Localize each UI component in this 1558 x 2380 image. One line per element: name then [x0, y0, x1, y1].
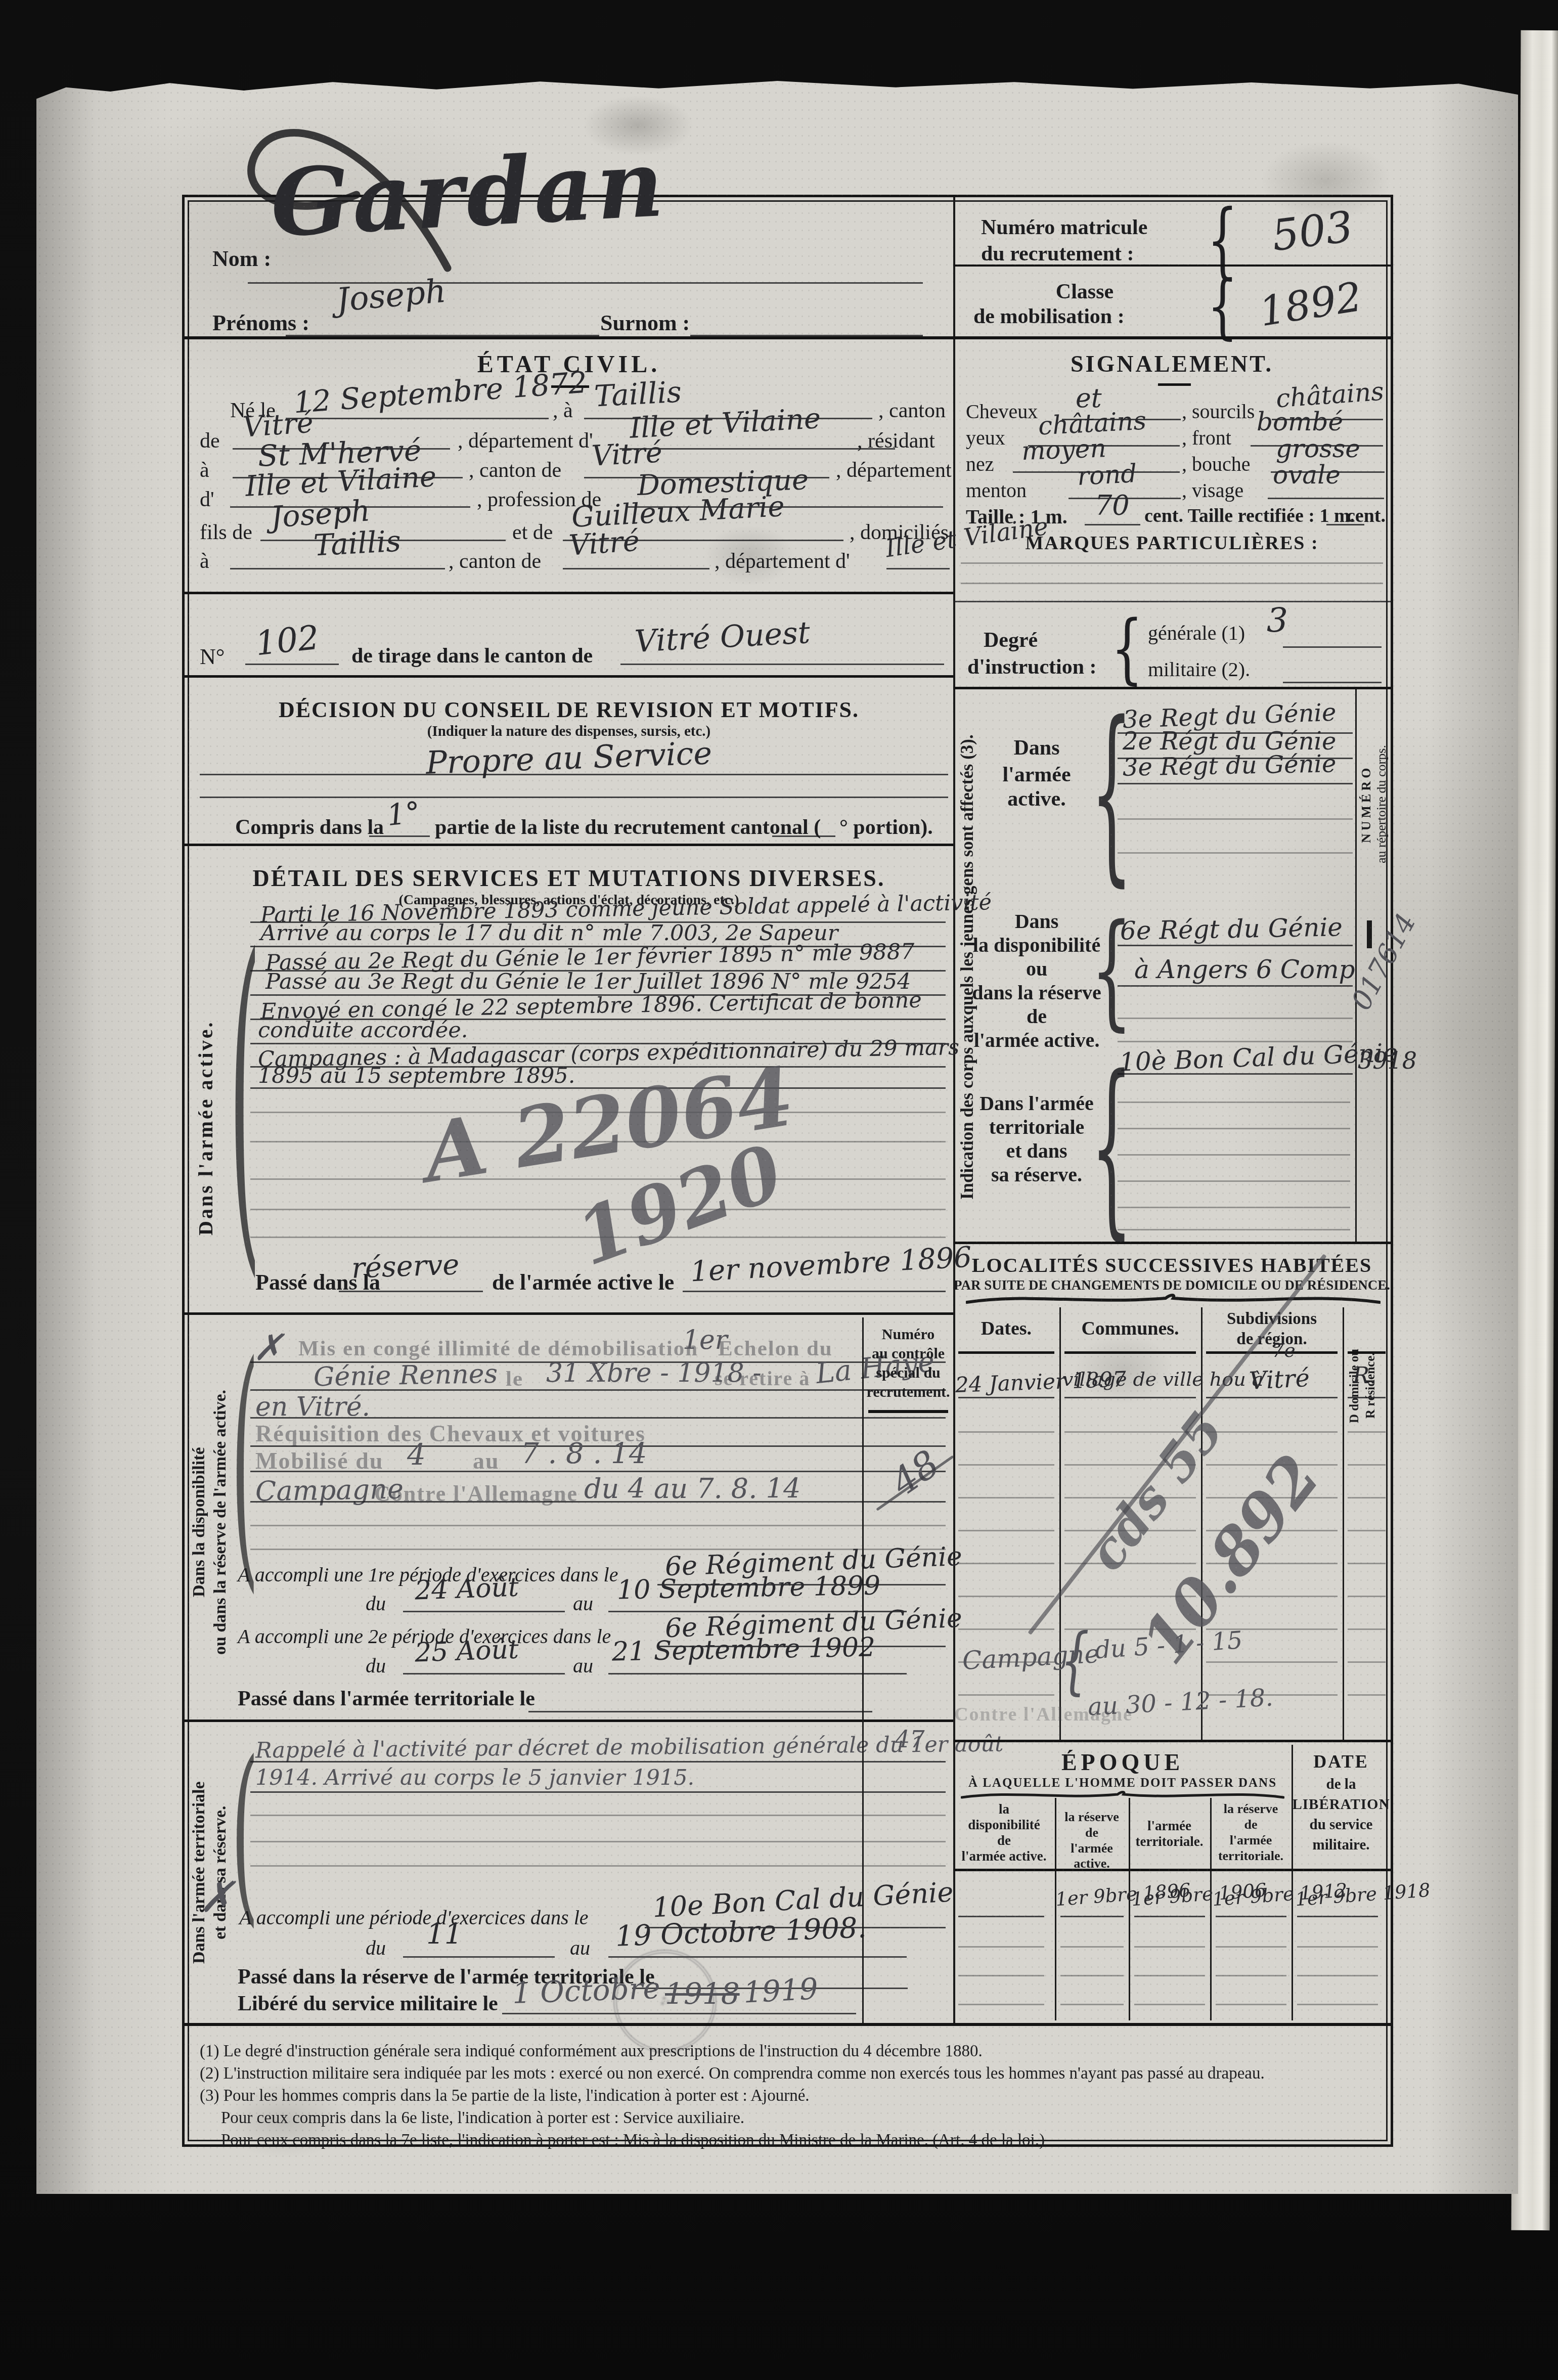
rule-line	[1348, 1563, 1386, 1564]
au-label: au	[573, 1654, 593, 1678]
mobilise-au-value: 7 . 8 . 14	[521, 1437, 647, 1470]
matricule-separator	[953, 265, 1391, 267]
rule-line	[1118, 1180, 1350, 1182]
underline	[528, 1711, 872, 1712]
terr-col-brace: {	[1091, 1051, 1133, 1242]
rule-line	[958, 1563, 1054, 1564]
nez-label: nez	[966, 452, 994, 476]
book-page-edge	[1511, 30, 1558, 2230]
compris-label-3: ° portion).	[839, 815, 933, 840]
epoque-col3-h: l'armée	[1210, 1833, 1292, 1848]
rule-line	[1134, 1946, 1205, 1948]
visage-value: ovale	[1273, 460, 1341, 490]
date-col-h: militaire.	[1292, 1837, 1391, 1854]
controle-rule	[868, 1410, 948, 1413]
epoque-col1-h: de	[1055, 1825, 1129, 1840]
rule-line	[1216, 2004, 1286, 2005]
date-col-h: du service	[1292, 1817, 1391, 1833]
tirage-label: de tirage dans le canton de	[351, 644, 593, 668]
compris-partie-value: 1°	[385, 795, 422, 833]
periode1-debut: 24 Août	[414, 1572, 519, 1606]
terr-col-label: sa réserve.	[966, 1163, 1107, 1186]
underline	[230, 568, 445, 569]
rule-line	[958, 1497, 1054, 1498]
matricule-value: 503	[1269, 202, 1356, 261]
numero-repertoire-label-2: au répertoire du corps.	[1374, 698, 1389, 910]
localites-subtitle: PAR SUITE DE CHANGEMENTS DE DOMICILE OU …	[953, 1277, 1391, 1293]
epoque-subtitle: À LAQUELLE L'HOMME DOIT PASSER DANS	[953, 1776, 1292, 1790]
rule-line	[1348, 1497, 1386, 1498]
campagne-brace: {	[1060, 1624, 1089, 1697]
underline	[1216, 1916, 1286, 1917]
underline	[339, 1291, 483, 1292]
section-rule	[185, 592, 953, 594]
signalement-title-rule	[1158, 383, 1191, 386]
rappele-line-1: Rappelé à l'activité par décret de mobil…	[255, 1732, 1004, 1764]
au-label: au	[573, 1592, 593, 1615]
loc-row-subdiv: Vitré	[1249, 1364, 1311, 1395]
dispo-entry-regiment: 6e Régt du Génie	[1120, 912, 1343, 946]
rule-line	[958, 1431, 1054, 1433]
rule-line	[958, 1694, 1054, 1696]
underline	[1060, 1916, 1124, 1917]
rule-line	[958, 1530, 1054, 1531]
underline	[1134, 1916, 1205, 1917]
rule-line	[250, 1178, 946, 1180]
tirage-number: 102	[253, 618, 321, 664]
underline	[1283, 682, 1382, 683]
rule-line	[1297, 1946, 1378, 1948]
rule-line	[1216, 1946, 1286, 1948]
underline	[245, 664, 339, 665]
active-label-2: l'armée active.	[973, 763, 1100, 811]
controle-col-divider	[862, 1317, 864, 2023]
underline	[1206, 1397, 1338, 1398]
cross-mark: ✗	[199, 1872, 234, 1922]
footnote-3: (3) Pour les hommes compris dans la 5e p…	[200, 2087, 1378, 2105]
section-rule	[185, 675, 953, 678]
au-label: au	[570, 1936, 590, 1960]
underline	[1268, 498, 1384, 499]
section-rule	[185, 1312, 953, 1315]
header-bottom-rule	[185, 336, 1391, 339]
compris-label-2: partie de la liste du recrutement canton…	[435, 815, 821, 840]
section-rule	[185, 1720, 953, 1722]
degre-label-2: d'instruction :	[967, 655, 1097, 679]
rule-line	[1118, 1207, 1350, 1208]
underline	[200, 774, 948, 775]
rule-line	[250, 1865, 946, 1867]
marques-label: MARQUES PARTICULIÈRES :	[953, 532, 1391, 554]
rappele-line-2: 1914. Arrivé au corps le 5 janvier 1915.	[255, 1765, 694, 1790]
underline	[1118, 985, 1353, 987]
underline	[683, 1291, 946, 1292]
decorative-wave	[961, 1789, 1284, 1800]
passe-reserve-value-1: réserve	[351, 1248, 460, 1285]
rule-line	[250, 1471, 946, 1472]
controle-label: au contrôle	[865, 1345, 952, 1362]
rule-line	[250, 1815, 946, 1816]
classe-value: 1892	[1256, 273, 1365, 336]
service-line: 1895 au 15 septembre 1895.	[258, 1063, 575, 1088]
passe-territoriale-label: Passé dans l'armée territoriale le	[238, 1687, 535, 1711]
services-title: DÉTAIL DES SERVICES ET MUTATIONS DIVERSE…	[185, 865, 953, 892]
a-label: à	[200, 549, 209, 574]
rule-line	[1060, 1946, 1124, 1948]
departement-label: , département	[836, 458, 952, 482]
rule-line	[958, 1628, 1054, 1630]
dispo-col-label: l'armée active.	[966, 1028, 1107, 1052]
classe-brace: {	[1207, 271, 1238, 341]
classe-label-2: de mobilisation :	[973, 304, 1125, 329]
rule-line	[1118, 1101, 1350, 1103]
canton-de-label: , canton de	[449, 549, 541, 574]
dispo-brace: (	[231, 1333, 259, 1596]
section-rule	[953, 1740, 1391, 1742]
rule-line	[1118, 1229, 1350, 1230]
decision-title: DÉCISION DU CONSEIL DE REVISION ET MOTIF…	[185, 697, 953, 723]
controle-label: spécial du	[865, 1364, 952, 1382]
postmark-glyphs: ⁂	[658, 1994, 672, 2009]
libere-date-2: 1919	[742, 1971, 819, 2010]
terr-col-label: et dans	[966, 1139, 1107, 1163]
epoque-col1-h: l'armée active.	[1055, 1841, 1129, 1871]
underline	[563, 568, 709, 569]
decorative-wave	[966, 1292, 1381, 1305]
rule-line	[250, 1501, 946, 1503]
rule-line	[1134, 2004, 1205, 2005]
fils-de-label: fils de	[200, 520, 252, 545]
section-rule	[953, 1242, 1391, 1244]
rule-line	[1348, 1628, 1386, 1630]
canton-value: Vitré	[568, 524, 641, 562]
epoque-col3-h: territoriale.	[1210, 1848, 1292, 1864]
loc-row-dr: R.	[1353, 1363, 1376, 1389]
dispo-col-label: la disponibilité	[966, 933, 1107, 957]
dispo-col-label: dans la réserve	[966, 981, 1107, 1004]
rule-line	[1206, 1661, 1338, 1663]
dispo-col-label: de	[973, 1004, 1100, 1028]
date-col-h: DATE	[1292, 1751, 1391, 1772]
footnote-rule	[185, 2023, 1391, 2026]
epoque-col0-h: disponibilité	[953, 1817, 1055, 1833]
form-border: Gardan Nom : Prénoms : Joseph Surnom : N…	[182, 195, 1393, 2147]
epoque-col3-h: la réserve	[1210, 1801, 1292, 1817]
armee-active-side-label: Dans l'armée active.	[194, 925, 217, 1330]
du-label: du	[366, 1592, 386, 1615]
dispo-col-label: Dans	[973, 909, 1100, 933]
passe-reserve-date: 1er novembre 1896	[690, 1241, 973, 1288]
rule-line	[1118, 818, 1353, 820]
military-register-scan: Gardan Nom : Prénoms : Joseph Surnom : N…	[0, 0, 1558, 2380]
matricule-label-2: du recrutement :	[981, 242, 1134, 266]
numero-repertoire-label-1: NUMÉRO	[1359, 698, 1374, 910]
rule-line	[1060, 2004, 1124, 2005]
underline	[200, 797, 948, 798]
rule-line	[1297, 1975, 1378, 1976]
yeux-label: yeux	[966, 426, 1005, 450]
numero-col-divider	[1355, 689, 1357, 1242]
cheveux-label: Cheveux	[966, 400, 1038, 423]
rule-line	[1216, 1975, 1286, 1976]
epoque-col2-h: l'armée	[1129, 1818, 1210, 1834]
mobilise-du-value: 4	[407, 1437, 426, 1472]
canton-label: , canton	[878, 399, 946, 423]
rule-line	[958, 1975, 1044, 1976]
rule-line	[1118, 1154, 1350, 1156]
terr-periode-debut: 11	[426, 1918, 462, 1951]
passe-reserve-label-2: de l'armée active le	[492, 1269, 674, 1295]
controle-value-47: 47	[895, 1726, 925, 1753]
epoque-title: ÉPOQUE	[953, 1749, 1292, 1776]
periode1-fin: 10 Septembre 1899	[617, 1570, 881, 1605]
degre-brace: {	[1111, 611, 1143, 687]
underline	[369, 835, 430, 837]
genie-rennes-value: Génie Rennes	[314, 1359, 498, 1392]
underline	[1085, 524, 1140, 525]
dispo-side-label-2: ou dans la réserve de l'armée active.	[211, 1330, 230, 1714]
rule-line	[1348, 1530, 1386, 1531]
canton-de-label: , canton de	[469, 458, 561, 482]
rule-line	[250, 1417, 946, 1419]
loc-header-dates: Dates.	[953, 1317, 1059, 1340]
taille-rectifiee-label: cent. Taille rectifiée : 1 m.	[1144, 505, 1355, 527]
rule-line	[958, 2004, 1044, 2005]
rule-line	[1134, 1975, 1205, 1976]
birth-place-value: Taillis	[593, 375, 682, 414]
loc-row-subdiv-sup: 7e	[1272, 1339, 1296, 1361]
epoque-col0-h: de	[953, 1833, 1055, 1848]
rule-line	[958, 1464, 1054, 1466]
active-entry: 3e Régt du Génie	[1123, 750, 1337, 781]
rule-line	[1348, 1694, 1386, 1696]
sourcils-label: , sourcils	[1182, 400, 1255, 423]
footnote-1: (1) Le degré d'instruction générale sera…	[200, 2042, 1378, 2061]
d-label: d'	[200, 488, 214, 512]
underline	[1297, 1916, 1378, 1917]
contre-allemagne-stamp: Contre l'Allemagne	[954, 1703, 1133, 1726]
matricule-label-1: Numéro matricule	[981, 215, 1147, 240]
terr-brace: (	[231, 1737, 259, 1929]
campagne-dates-value: du 4 au 7. 8. 14	[584, 1473, 800, 1505]
rule-line	[1348, 1431, 1386, 1433]
underline	[958, 1397, 1054, 1398]
front-label: , front	[1182, 426, 1231, 450]
taille-label: Taille : 1 m.	[966, 505, 1067, 528]
rule-line	[958, 1596, 1054, 1597]
loc-col-divider	[1343, 1307, 1344, 1740]
dispo-col-label: ou	[973, 957, 1100, 981]
rule-line	[250, 1841, 946, 1842]
prenoms-label: Prénoms :	[212, 310, 309, 336]
section-rule	[185, 844, 953, 846]
underline	[772, 835, 835, 837]
residant-label: , résidant	[857, 429, 935, 453]
et-de-label: et de	[512, 520, 553, 545]
rule-line	[1118, 852, 1353, 854]
departement-label: , département d'	[458, 429, 593, 453]
epoque-col1-h: la réserve	[1055, 1810, 1129, 1825]
generale-label: générale (1)	[1148, 621, 1245, 645]
rule-line	[1060, 1975, 1124, 1976]
footnote-2: (2) L'instruction militaire sera indiqué…	[200, 2064, 1383, 2083]
periode2-fin: 21 Septembre 1902	[612, 1632, 876, 1667]
generale-value: 3	[1267, 601, 1288, 640]
rule-line	[1348, 1596, 1386, 1597]
footnote-4: Pour ceux compris dans la 6e liste, l'in…	[221, 2109, 1399, 2128]
terr-col-label: Dans l'armée	[966, 1091, 1107, 1115]
taille-value: 70	[1095, 490, 1130, 521]
menton-value: rond	[1077, 459, 1138, 491]
active-label-1: Dans	[978, 736, 1095, 760]
se-retire-stamp: se retire à	[715, 1367, 810, 1390]
le-stamp: le	[506, 1367, 523, 1391]
rule-line	[250, 1389, 946, 1391]
register-sheet: Gardan Nom : Prénoms : Joseph Surnom : N…	[36, 80, 1518, 2194]
cent-label: cent.	[1347, 505, 1386, 527]
date-col-h: LIBÉRATION	[1292, 1796, 1391, 1813]
underline	[1348, 1397, 1386, 1398]
rule-line	[1297, 2004, 1378, 2005]
underline	[403, 1673, 565, 1674]
departement-label: , département d'	[715, 549, 850, 574]
rule-line	[961, 562, 1383, 564]
numero-tirage-label: N°	[200, 644, 225, 670]
loc-header-rule	[958, 1351, 1054, 1354]
rule-line	[1118, 1128, 1350, 1129]
section-rule	[953, 687, 1391, 689]
repertoire-number-2: 3918	[1358, 1047, 1417, 1074]
nom-label: Nom :	[212, 246, 271, 272]
contre-allemagne-stamp: Contre l'Allemagne	[374, 1481, 578, 1507]
underline	[958, 1916, 1044, 1917]
underline	[886, 568, 950, 569]
classe-label-1: Classe	[973, 280, 1196, 304]
loc-header-communes: Communes.	[1059, 1317, 1201, 1340]
menton-label: menton	[966, 478, 1027, 502]
dispo-side-label-1: Dans la disponibilité	[190, 1330, 209, 1714]
compris-label-1: Compris dans la	[235, 815, 384, 840]
rule-line	[1348, 1661, 1386, 1663]
bouche-value: grosse	[1276, 434, 1360, 463]
rule-line	[250, 1525, 946, 1526]
controle-label: Numéro	[865, 1326, 952, 1343]
date-col-h: de la	[1292, 1776, 1391, 1793]
rule-line	[1348, 1464, 1386, 1466]
du-label: du	[366, 1936, 386, 1960]
dispo-entry-ville: à Angers 6 Comp	[1134, 955, 1355, 984]
epoque-col0-h: la	[953, 1801, 1055, 1817]
terr-col-label: territoriale	[966, 1115, 1107, 1139]
underline	[286, 418, 549, 419]
controle-value-48: 48	[883, 1442, 947, 1505]
repertoire-tick	[1367, 920, 1372, 948]
underline	[1118, 945, 1353, 946]
terr-periode-label: A accompli une période d'exercices dans …	[239, 1906, 589, 1929]
footnote-5: Pour ceux compris dans la 7e liste, l'in…	[221, 2131, 1399, 2150]
rule-line	[958, 1946, 1044, 1948]
underline	[1283, 646, 1382, 648]
loc-header-rule	[1064, 1351, 1196, 1354]
surnom-label: Surnom :	[600, 310, 690, 336]
du-label: du	[366, 1654, 386, 1678]
epoque-header-rule	[953, 1869, 1391, 1871]
canton-value: Vitré	[591, 436, 663, 472]
epoque-col3-h: de	[1210, 1817, 1292, 1832]
loc-header-rule	[1348, 1351, 1386, 1354]
de-label: de	[200, 429, 220, 453]
demob-stamp: Mis en congé illimité de démobilisation	[298, 1336, 698, 1361]
degre-label-1: Degré	[984, 628, 1038, 652]
rule-line	[953, 601, 1391, 602]
libere-label: Libéré du service militaire le	[238, 1992, 498, 2016]
a-label: à	[200, 458, 209, 482]
underline	[1064, 1397, 1196, 1398]
underline	[403, 1611, 565, 1612]
underline	[1118, 783, 1353, 784]
service-line: conduite accordée.	[258, 1018, 468, 1043]
periode2-debut: 25 Août	[414, 1634, 519, 1668]
rule-line	[250, 1791, 946, 1793]
militaire-label: militaire (2).	[1148, 657, 1250, 681]
domicile-value: Taillis	[313, 524, 402, 563]
underline	[620, 664, 944, 665]
front-value: bombé	[1257, 407, 1343, 436]
a-label: , à	[553, 399, 573, 423]
bouche-label: , bouche	[1182, 452, 1251, 476]
rule-line	[1118, 1018, 1353, 1019]
rule-line	[250, 1761, 946, 1762]
campagne-du-value: du 5 - 1 - 15	[1094, 1626, 1243, 1664]
visage-label: , visage	[1182, 478, 1243, 502]
tirage-canton-value: Vitré Ouest	[634, 615, 811, 659]
epoque-col0-h: l'armée active.	[953, 1848, 1055, 1864]
signalement-title: SIGNALEMENT.	[953, 350, 1391, 377]
name-value: Gardan	[268, 129, 669, 258]
rule-line	[961, 583, 1383, 584]
underline	[1118, 1073, 1353, 1075]
epoque-col2-h: territoriale.	[1129, 1834, 1210, 1849]
underline	[403, 1956, 555, 1958]
controle-label: recrutement.	[865, 1384, 952, 1401]
